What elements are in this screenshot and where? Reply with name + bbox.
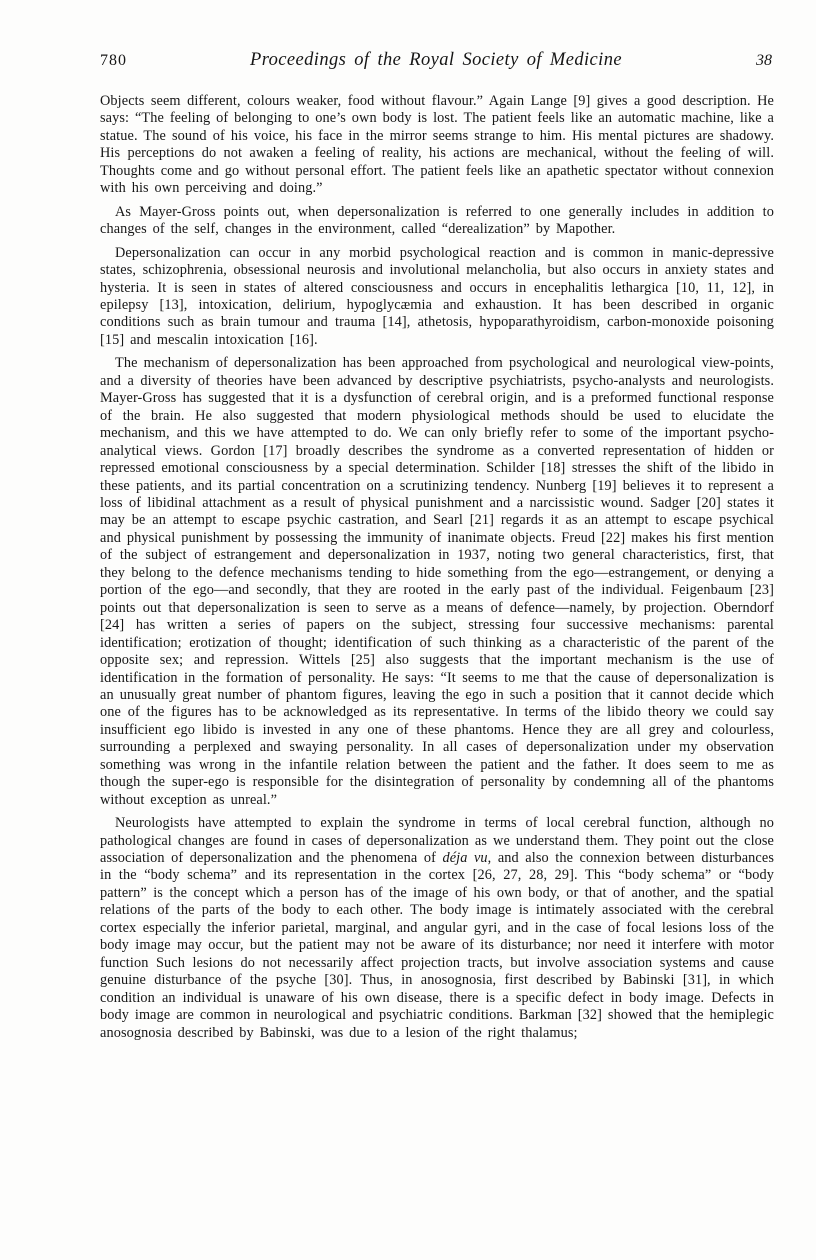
page-number: 780 (100, 52, 170, 70)
text-segment: As Mayer-Gross points out, when deperson… (100, 204, 774, 237)
text-segment: , and also the connexion between disturb… (100, 850, 774, 1041)
paragraph: The mechanism of depersonalization has b… (100, 355, 774, 809)
document-page: 780 Proceedings of the Royal Society of … (0, 0, 816, 1260)
italic-phrase: déja vu (442, 850, 487, 866)
page-header: 780 Proceedings of the Royal Society of … (100, 50, 774, 71)
volume-number: 38 (702, 52, 772, 70)
page-body: Objects seem different, colours weaker, … (100, 93, 774, 1042)
paragraph: As Mayer-Gross points out, when deperson… (100, 204, 774, 239)
paragraph: Depersonalization can occur in any morbi… (100, 245, 774, 350)
text-segment: Objects seem different, colours weaker, … (100, 93, 774, 196)
text-segment: The mechanism of depersonalization has b… (100, 355, 774, 807)
paragraph: Neurologists have attempted to explain t… (100, 815, 774, 1042)
journal-title: Proceedings of the Royal Society of Medi… (170, 50, 702, 71)
paragraph: Objects seem different, colours weaker, … (100, 93, 774, 198)
text-segment: Depersonalization can occur in any morbi… (100, 245, 774, 348)
